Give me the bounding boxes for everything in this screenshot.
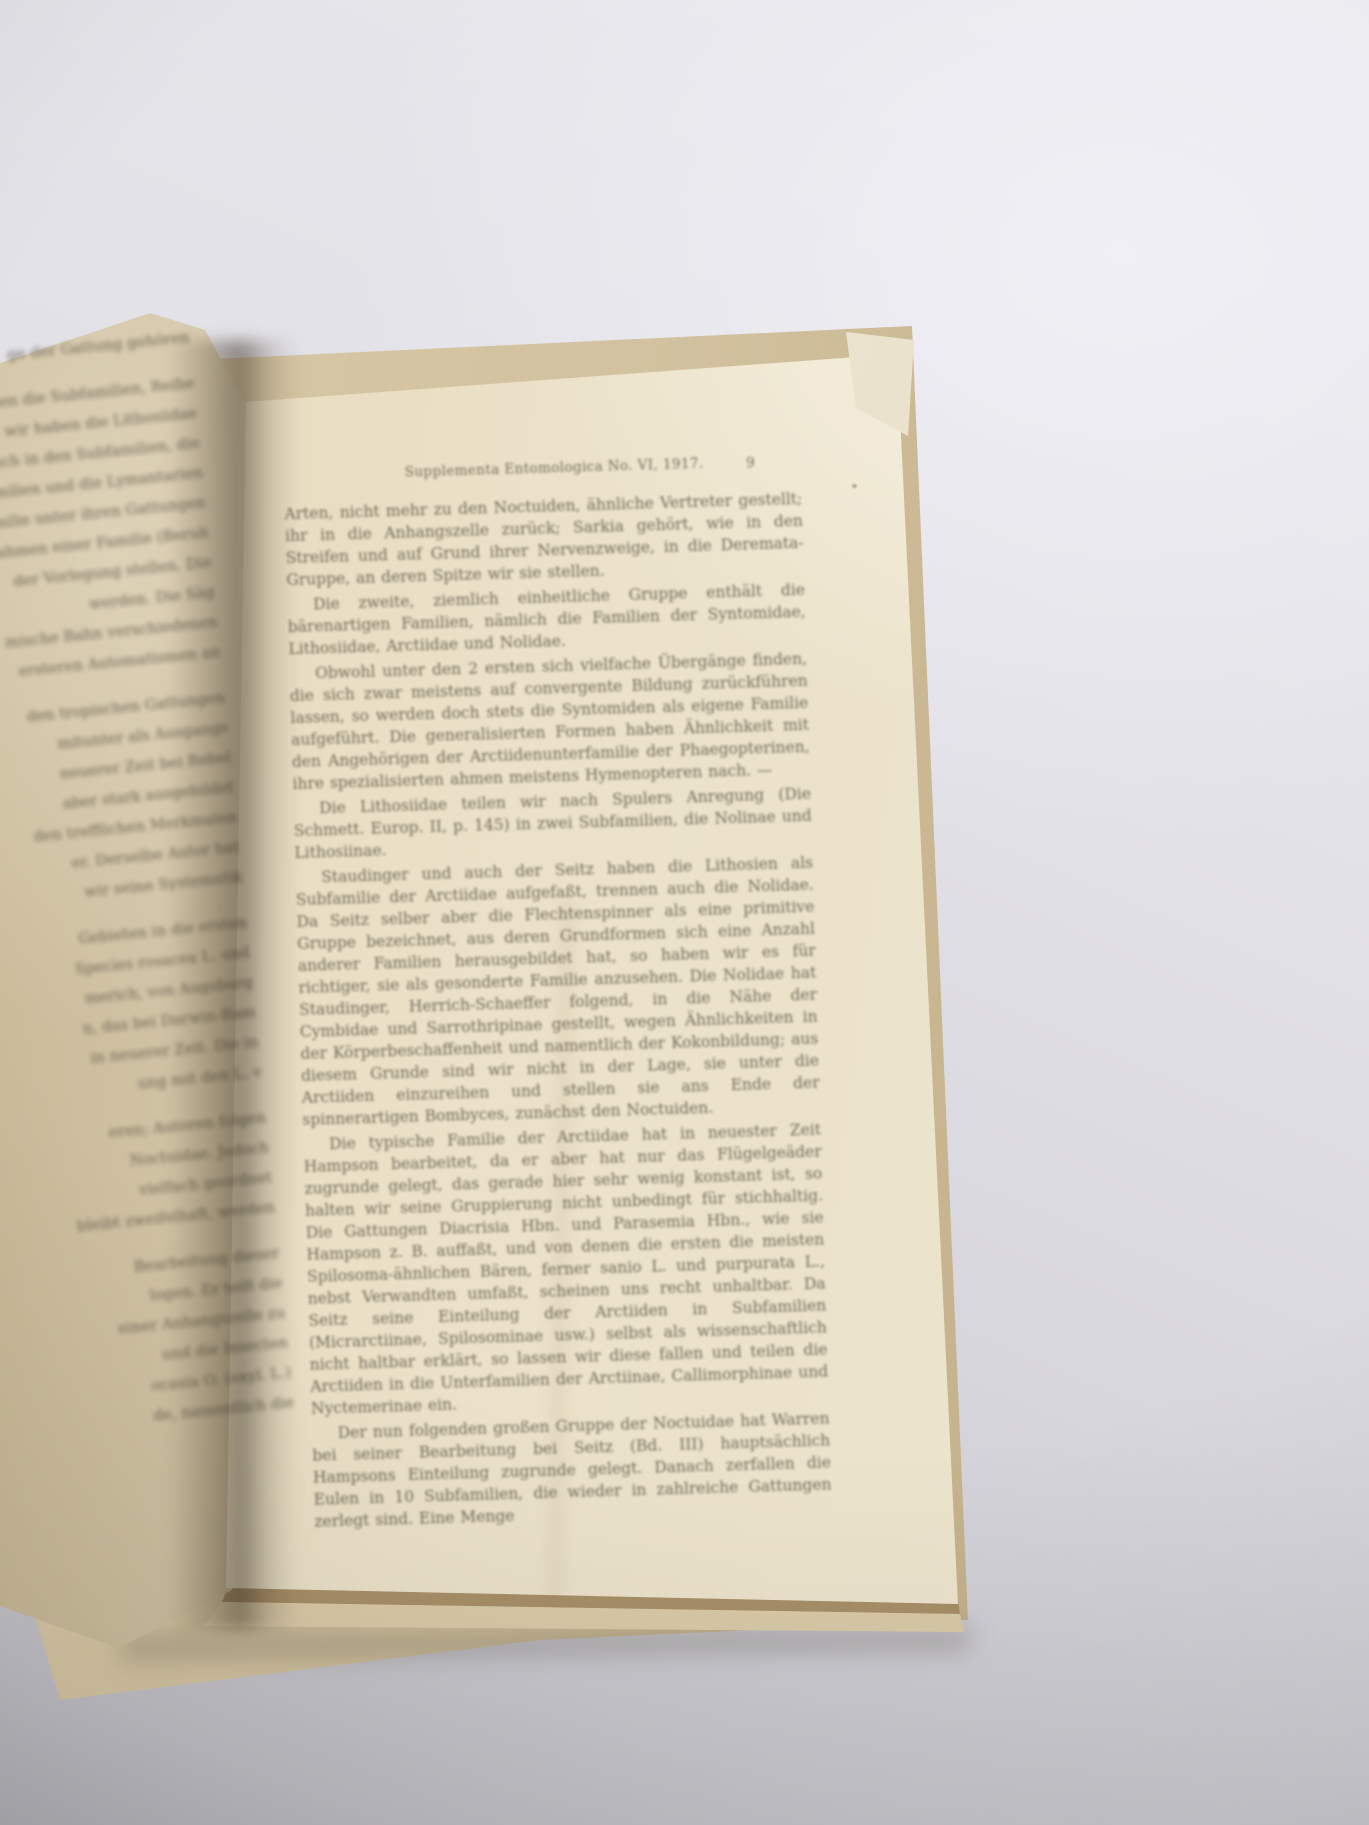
paragraph: Arten, nicht mehr zu den Noctuiden, ähnl… (284, 488, 804, 591)
gutter-shadow (168, 340, 298, 1630)
paragraph: Staudinger und auch der Seitz haben die … (295, 852, 821, 1131)
dust-speck (852, 484, 857, 488)
paragraph: Obwohl unter den 2 ersten sich vielfache… (289, 648, 811, 795)
paragraph: Die Lithosiidae teilen wir nach Spulers … (293, 783, 813, 864)
paragraph: Die zweite, ziemlich einheitliche Gruppe… (287, 579, 807, 660)
right-page-text: Supplementa Entomologica No. VI, 1917. 9… (283, 453, 832, 1536)
book-photo: ge der Gattung gehörennehmen die Subfami… (0, 0, 1369, 1825)
paragraph: Der nun folgenden großen Gruppe der Noct… (311, 1407, 832, 1532)
paragraph: Die typische Familie der Arctiidae hat i… (303, 1118, 829, 1419)
page-number: 9 (746, 455, 755, 471)
body-paragraphs: Arten, nicht mehr zu den Noctuiden, ähnl… (284, 488, 832, 1533)
